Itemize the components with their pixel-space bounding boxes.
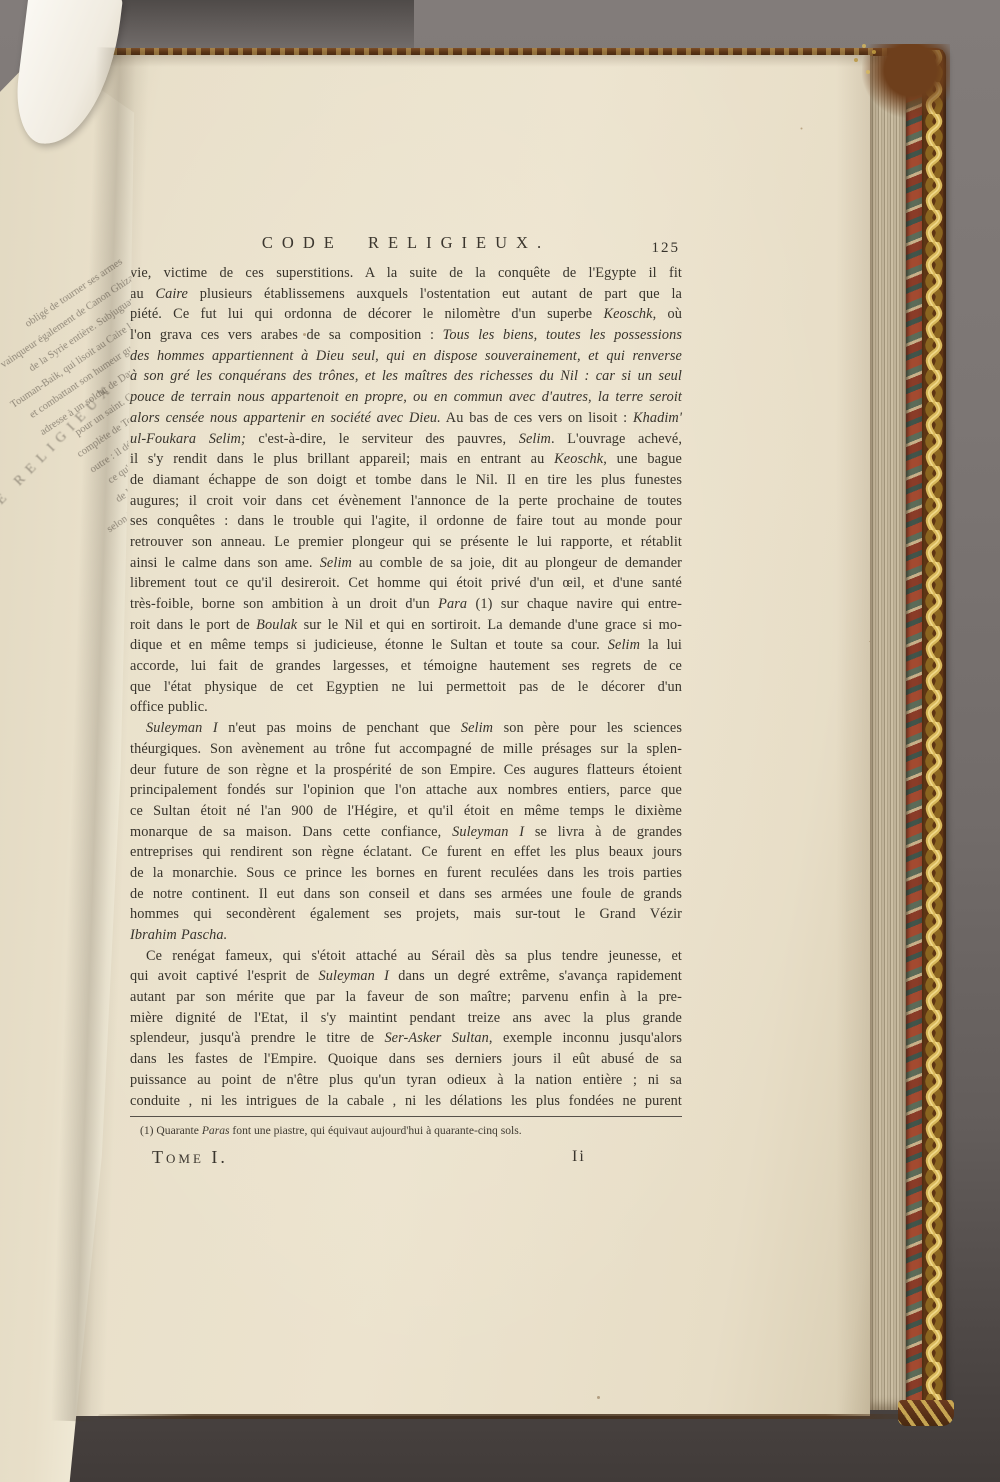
roman-text: splendeur, jusqu'à prendre le titre de — [130, 1030, 384, 1046]
body-line: principalement fondés sur l'opinion que … — [130, 780, 682, 801]
italic-text: Suleyman I — [146, 720, 218, 736]
roman-text: (1) Quarante — [140, 1124, 202, 1137]
signature-mark: Ii — [572, 1148, 586, 1166]
italic-text: Selim — [608, 637, 640, 653]
roman-text: entreprises qui rendirent son règne écla… — [130, 844, 682, 860]
italic-text: Keoschk — [603, 306, 652, 322]
italic-text: à son gré les conquérans des trônes, et … — [130, 368, 682, 384]
body-line: entreprises qui rendirent son règne écla… — [130, 842, 682, 863]
roman-text: . L'ouvrage achevé, — [551, 431, 682, 447]
roman-text: son père pour les sciences — [493, 720, 682, 736]
body-line: piété. Ce fut lui qui ordonna de décorer… — [130, 304, 682, 325]
body-line: qui avoit captivé l'esprit de Suleyman I… — [130, 966, 682, 987]
body-line: dique et en même temps si judicieuse, ét… — [130, 635, 682, 656]
roman-text: de diamant échappe de son doigt et tombe… — [130, 472, 682, 488]
body-line: retrouver son anneau. Le premier plongeu… — [130, 532, 682, 553]
page-number: 125 — [652, 240, 681, 257]
body-line: de la monarchie. Sous ce prince les born… — [130, 863, 682, 884]
book-photograph: CODE RELIGIEUX. 125 vie, victime de ces … — [0, 0, 1000, 1482]
italic-text: Suleyman I — [319, 968, 389, 984]
roman-text: retrouver son anneau. Le premier plongeu… — [130, 534, 682, 550]
body-line: puissance au point de n'être plus qu'un … — [130, 1070, 682, 1091]
body-line: de diamant échappe de son doigt et tombe… — [130, 470, 682, 491]
body-line: ses conquêtes : dans le trouble qui l'ag… — [130, 511, 682, 532]
roman-text: conduite , ni les intrigues de la cabale… — [130, 1093, 682, 1109]
roman-text: , où — [653, 306, 682, 322]
roman-text: dans un degré extrême, s'avança rapideme… — [389, 968, 682, 984]
italic-text: Ibrahim Pascha. — [130, 927, 227, 943]
printed-page-text: CODE RELIGIEUX. 125 vie, victime de ces … — [130, 233, 682, 1173]
roman-text: ses conquêtes : dans le trouble qui l'ag… — [130, 513, 682, 529]
italic-text: Caire — [155, 286, 188, 302]
body-line: il s'y rendit dans le plus brillant appa… — [130, 449, 682, 470]
roman-text: principalement fondés sur l'opinion que … — [130, 782, 682, 798]
worn-leather-corner-top — [862, 44, 950, 118]
body-line: ainsi le calme dans son ame. Selim au co… — [130, 553, 682, 574]
page-header: CODE RELIGIEUX. 125 — [130, 233, 682, 259]
roman-text: accorde, lui fait de grandes largesses, … — [130, 658, 682, 674]
roman-text: il s'y rendit dans le plus brillant appa… — [130, 451, 554, 467]
roman-text: de la monarchie. Sous ce prince les born… — [130, 865, 682, 881]
body-line: Ibrahim Pascha. — [130, 925, 682, 946]
roman-text: de notre continent. Il eut dans son cons… — [130, 886, 682, 902]
italic-text: Tous les biens, toutes les possessions — [443, 327, 682, 343]
roman-text: Ce renégat fameux, qui s'étoit attaché a… — [146, 948, 682, 964]
body-line: conduite , ni les intrigues de la cabale… — [130, 1091, 682, 1112]
roman-text: , exemple inconnu jusqu'alors — [489, 1030, 682, 1046]
italic-text: Para — [438, 596, 467, 612]
roman-text: sur le Nil et qui en sortiroit. La deman… — [297, 617, 682, 633]
roman-text: mière dignité de l'Etat, il s'y maintint… — [130, 1010, 682, 1026]
body-line: l'on grava ces vers arabes de sa composi… — [130, 325, 682, 346]
italic-text: Suleyman I — [452, 824, 524, 840]
body-line: Ce renégat fameux, qui s'étoit attaché a… — [130, 946, 682, 967]
italic-text: Keoschk — [554, 451, 603, 467]
roman-text: dans les fastes de l'Empire. Quoique dan… — [130, 1051, 682, 1067]
roman-text: très-foible, borne son ambition à un dro… — [130, 596, 438, 612]
roman-text: roit dans le port de — [130, 617, 256, 633]
body-line: ul-Foukara Selim; c'est-à-dire, le servi… — [130, 429, 682, 450]
body-line: splendeur, jusqu'à prendre le titre de S… — [130, 1028, 682, 1049]
roman-text: office public. — [130, 699, 208, 715]
roman-text: ce Sultan étoit né l'an 900 de l'Hégire,… — [130, 803, 682, 819]
roman-text: n'eut pas moins de penchant que — [218, 720, 461, 736]
tome-label: Tome I. — [152, 1147, 228, 1168]
roman-text: la lui — [640, 637, 682, 653]
roman-text: puissance au point de n'être plus qu'un … — [130, 1072, 682, 1088]
italic-text: Ser-Asker Sultan — [384, 1030, 488, 1046]
body-line: théurgiques. Son avènement au trône fut … — [130, 739, 682, 760]
body-line: mière dignité de l'Etat, il s'y maintint… — [130, 1008, 682, 1029]
body-line: monarque de sa maison. Dans cette confia… — [130, 822, 682, 843]
body-line: que l'état physique de cet Egyptien ne l… — [130, 677, 682, 698]
body-line: de notre continent. Il eut dans son cons… — [130, 884, 682, 905]
direction-line: Tome I. Ii — [130, 1147, 682, 1173]
roman-text: , une bague — [603, 451, 682, 467]
leather-board — [922, 48, 946, 1422]
body-line: des hommes appartiennent à Dieu seul, qu… — [130, 346, 682, 367]
roman-text: que l'état physique de cet Egyptien ne l… — [130, 679, 682, 695]
roman-text: au comble de sa joie, dit au plongeur de… — [352, 555, 682, 571]
body-line: très-foible, borne son ambition à un dro… — [130, 594, 682, 615]
roman-text: font une piastre, qui équivaut aujourd'h… — [230, 1124, 522, 1137]
roman-text: ainsi le calme dans son ame. — [130, 555, 320, 571]
italic-text: Khadim' — [633, 410, 682, 426]
book-bottom-edge — [98, 1414, 906, 1419]
italic-text: Paras — [202, 1124, 230, 1137]
roman-text: piété. Ce fut lui qui ordonna de décorer… — [130, 306, 603, 322]
italic-text: Selim — [320, 555, 352, 571]
body-line: au Caire plusieurs établissemens auxquel… — [130, 284, 682, 305]
roman-text: librement tout ce qu'il desireroit. Cet … — [130, 575, 682, 591]
gilt-rope-tooling — [925, 50, 943, 1420]
body-line: augures; il croit voir dans cet évènemen… — [130, 491, 682, 512]
leather-corner-bottom — [898, 1400, 954, 1426]
roman-text: augures; il croit voir dans cet évènemen… — [130, 493, 682, 509]
body-line: Suleyman I n'eut pas moins de penchant q… — [130, 718, 682, 739]
body-line: librement tout ce qu'il desireroit. Cet … — [130, 573, 682, 594]
roman-text: l'on grava ces vers arabes de sa composi… — [130, 327, 443, 343]
body-line: accorde, lui fait de grandes largesses, … — [130, 656, 682, 677]
italic-text: Boulak — [256, 617, 297, 633]
body-line: deur future de son règne et la prospérit… — [130, 760, 682, 781]
roman-text: autant par son mérite que par la faveur … — [130, 989, 682, 1005]
body-line: pouce de terrain nous appartenoit en pro… — [130, 387, 682, 408]
body-line: alors censée nous appartenir en société … — [130, 408, 682, 429]
roman-text: se livra à de grandes — [524, 824, 682, 840]
roman-text: Au bas de ces vers on lisoit : — [441, 410, 633, 426]
body-line: hommes qui secondèrent également ses pro… — [130, 904, 682, 925]
body-line: ce Sultan étoit né l'an 900 de l'Hégire,… — [130, 801, 682, 822]
body-line: office public. — [130, 697, 682, 718]
roman-text: plusieurs établissemens auxquels l'osten… — [188, 286, 682, 302]
italic-text: des hommes appartiennent à Dieu seul, qu… — [130, 348, 682, 364]
italic-text: alors censée nous appartenir en société … — [130, 410, 441, 426]
body-line: vie, victime de ces superstitions. A la … — [130, 263, 682, 284]
roman-text: (1) sur chaque navire qui entre- — [467, 596, 682, 612]
italic-text: Selim — [461, 720, 493, 736]
roman-text: dique et en même temps si judicieuse, ét… — [130, 637, 608, 653]
roman-text: théurgiques. Son avènement au trône fut … — [130, 741, 682, 757]
roman-text: monarque de sa maison. Dans cette confia… — [130, 824, 452, 840]
italic-text: Selim — [519, 431, 551, 447]
roman-text: c'est-à-dire, le serviteur des pauvres, — [246, 431, 519, 447]
body-line: autant par son mérite que par la faveur … — [130, 987, 682, 1008]
italic-text: ul-Foukara Selim; — [130, 431, 246, 447]
roman-text: deur future de son règne et la prospérit… — [130, 762, 682, 778]
roman-text: vie, victime de ces superstitions. A la … — [130, 265, 682, 281]
footnote: (1) Quarante Paras font une piastre, qui… — [130, 1124, 682, 1138]
roman-text: hommes qui secondèrent également ses pro… — [130, 906, 682, 922]
fore-edge-page-block — [870, 56, 906, 1410]
footnote-rule — [130, 1116, 682, 1117]
roman-text: qui avoit captivé l'esprit de — [130, 968, 319, 984]
body-line: roit dans le port de Boulak sur le Nil e… — [130, 615, 682, 636]
body-line: à son gré les conquérans des trônes, et … — [130, 366, 682, 387]
body-text: vie, victime de ces superstitions. A la … — [130, 263, 682, 1111]
running-title: CODE RELIGIEUX. — [130, 233, 682, 253]
foxing-specks — [303, 333, 306, 336]
marbled-endpaper-edge — [906, 60, 923, 1412]
italic-text: pouce de terrain nous appartenoit en pro… — [130, 389, 682, 405]
body-line: dans les fastes de l'Empire. Quoique dan… — [130, 1049, 682, 1070]
